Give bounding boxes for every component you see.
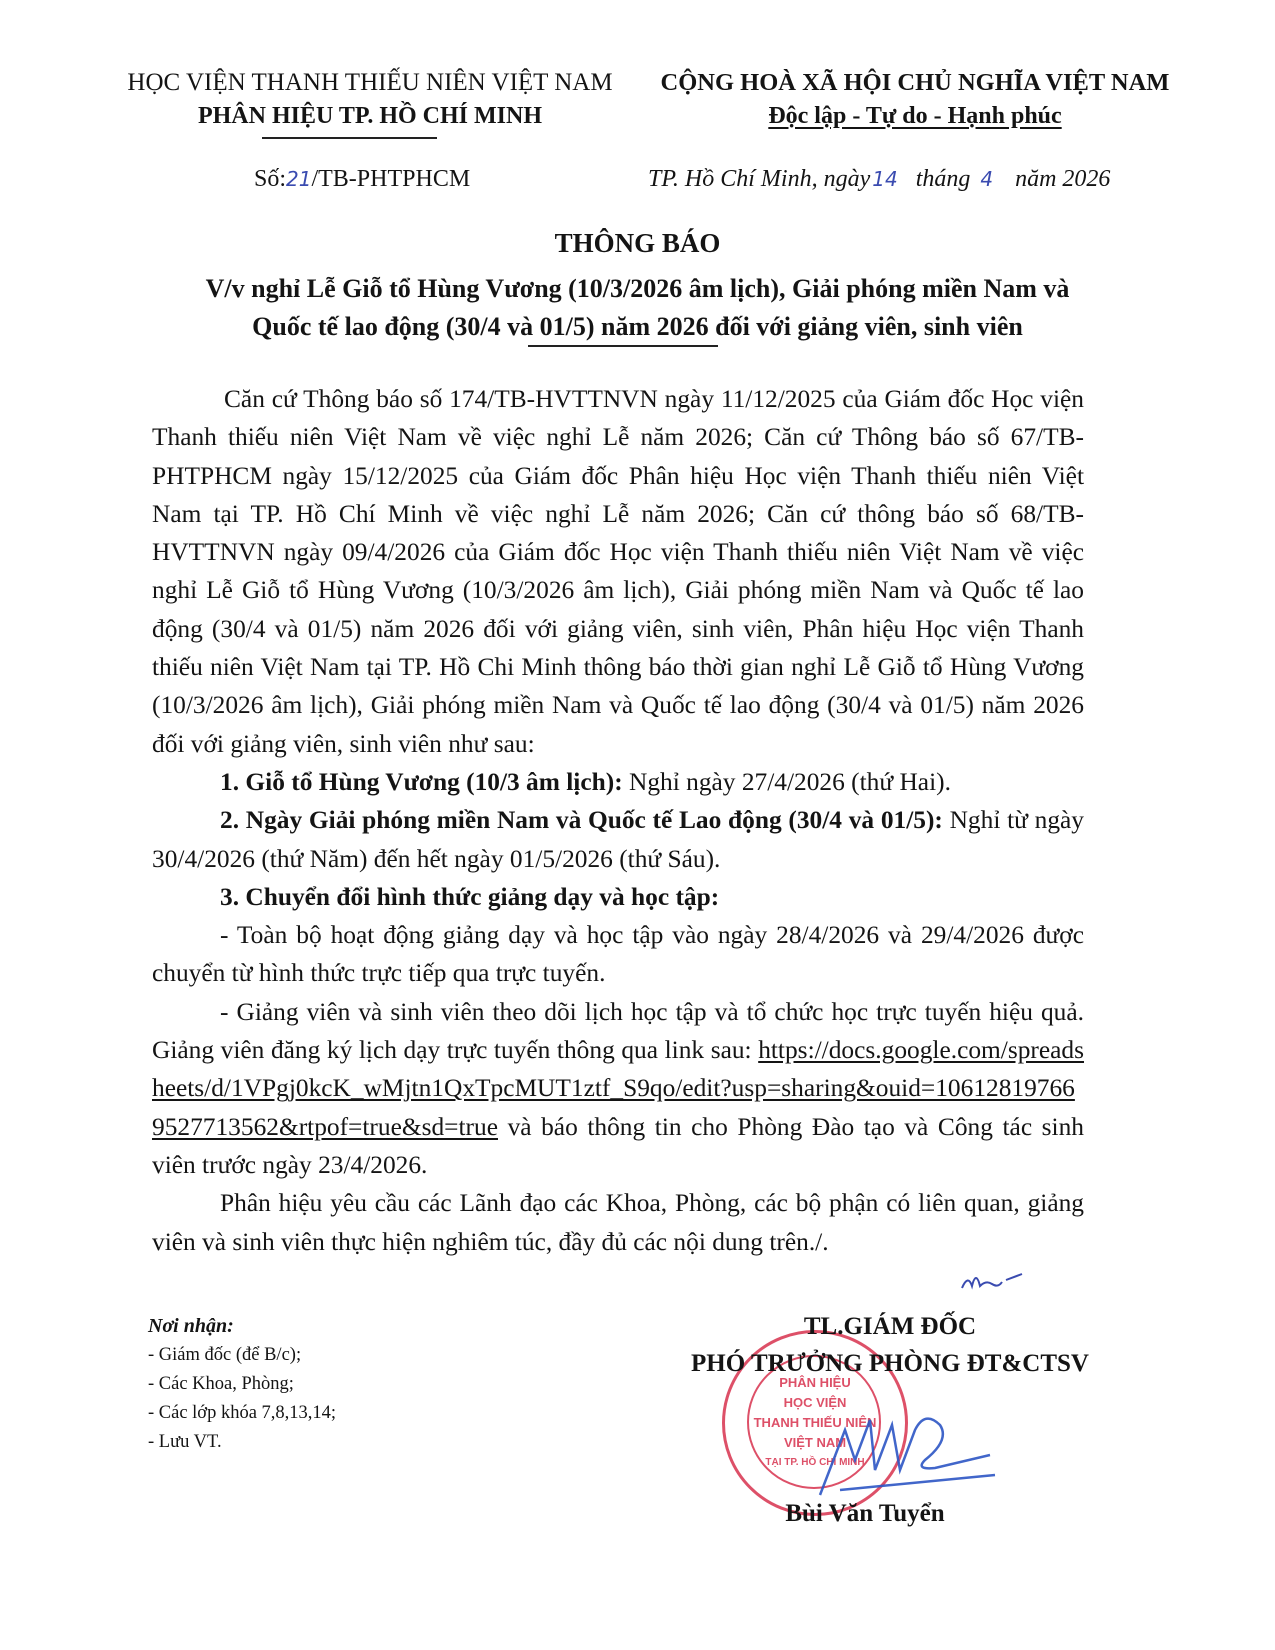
item-3-bullet-1: - Toàn bộ hoạt động giảng dạy và học tập…: [152, 916, 1084, 993]
document-body: Căn cứ Thông báo số 174/TB-HVTTNVN ngày …: [152, 380, 1084, 1261]
document-title: THÔNG BÁO: [0, 228, 1275, 259]
item-3-heading: 3. Chuyển đổi hình thức giảng dạy và học…: [152, 878, 1084, 916]
document-date: TP. Hồ Chí Minh, ngày14tháng4năm 2026: [648, 166, 1110, 193]
handwritten-number: 21: [286, 167, 311, 191]
issuer-parent: HỌC VIỆN THANH THIẾU NIÊN VIỆT NAM: [120, 66, 620, 99]
signature-icon: [800, 1400, 1000, 1500]
issuer-divider: [262, 137, 437, 139]
recipient-item: - Các Khoa, Phòng;: [148, 1370, 336, 1399]
motto: Độc lập - Tự do - Hạnh phúc: [768, 103, 1061, 129]
signing-authority: TL.GIÁM ĐỐC: [640, 1308, 1140, 1345]
nation-block: CỘNG HOÀ XÃ HỘI CHỦ NGHĨA VIỆT NAM Độc l…: [640, 66, 1190, 133]
recipient-item: - Lưu VT.: [148, 1428, 336, 1457]
handwritten-month: 4: [980, 167, 993, 191]
subject-divider: [528, 345, 718, 347]
nation-title: CỘNG HOÀ XÃ HỘI CHỦ NGHĨA VIỆT NAM: [640, 66, 1190, 99]
document-number: Số:21/TB-PHTPHCM: [254, 166, 470, 193]
signer-position: PHÓ TRƯỞNG PHÒNG ĐT&CTSV: [640, 1345, 1140, 1382]
signer-name: Bùi Văn Tuyển: [700, 1500, 1030, 1528]
item-2: 2. Ngày Giải phóng miền Nam và Quốc tế L…: [152, 801, 1084, 878]
recipient-item: - Giám đốc (để B/c);: [148, 1341, 336, 1370]
item-3-bullet-2: - Giảng viên và sinh viên theo dõi lịch …: [152, 993, 1084, 1184]
issuer-unit: PHÂN HIỆU TP. HỒ CHÍ MINH: [120, 99, 620, 133]
intro-paragraph: Căn cứ Thông báo số 174/TB-HVTTNVN ngày …: [152, 380, 1084, 763]
handwritten-initials-icon: [958, 1268, 1028, 1298]
recipients-title: Nơi nhận:: [148, 1312, 336, 1341]
item-1: 1. Giỗ tổ Hùng Vương (10/3 âm lịch): Ngh…: [152, 763, 1084, 801]
issuer-block: HỌC VIỆN THANH THIẾU NIÊN VIỆT NAM PHÂN …: [120, 66, 620, 133]
handwritten-day: 14: [872, 167, 897, 191]
closing-paragraph: Phân hiệu yêu cầu các Lãnh đạo các Khoa,…: [152, 1184, 1084, 1261]
recipient-item: - Các lớp khóa 7,8,13,14;: [148, 1399, 336, 1428]
document-subject: V/v nghỉ Lễ Giỗ tổ Hùng Vương (10/3/2026…: [140, 270, 1135, 346]
recipients-block: Nơi nhận: - Giám đốc (để B/c); - Các Kho…: [148, 1312, 336, 1457]
signature-block: TL.GIÁM ĐỐC PHÓ TRƯỞNG PHÒNG ĐT&CTSV: [640, 1308, 1140, 1382]
